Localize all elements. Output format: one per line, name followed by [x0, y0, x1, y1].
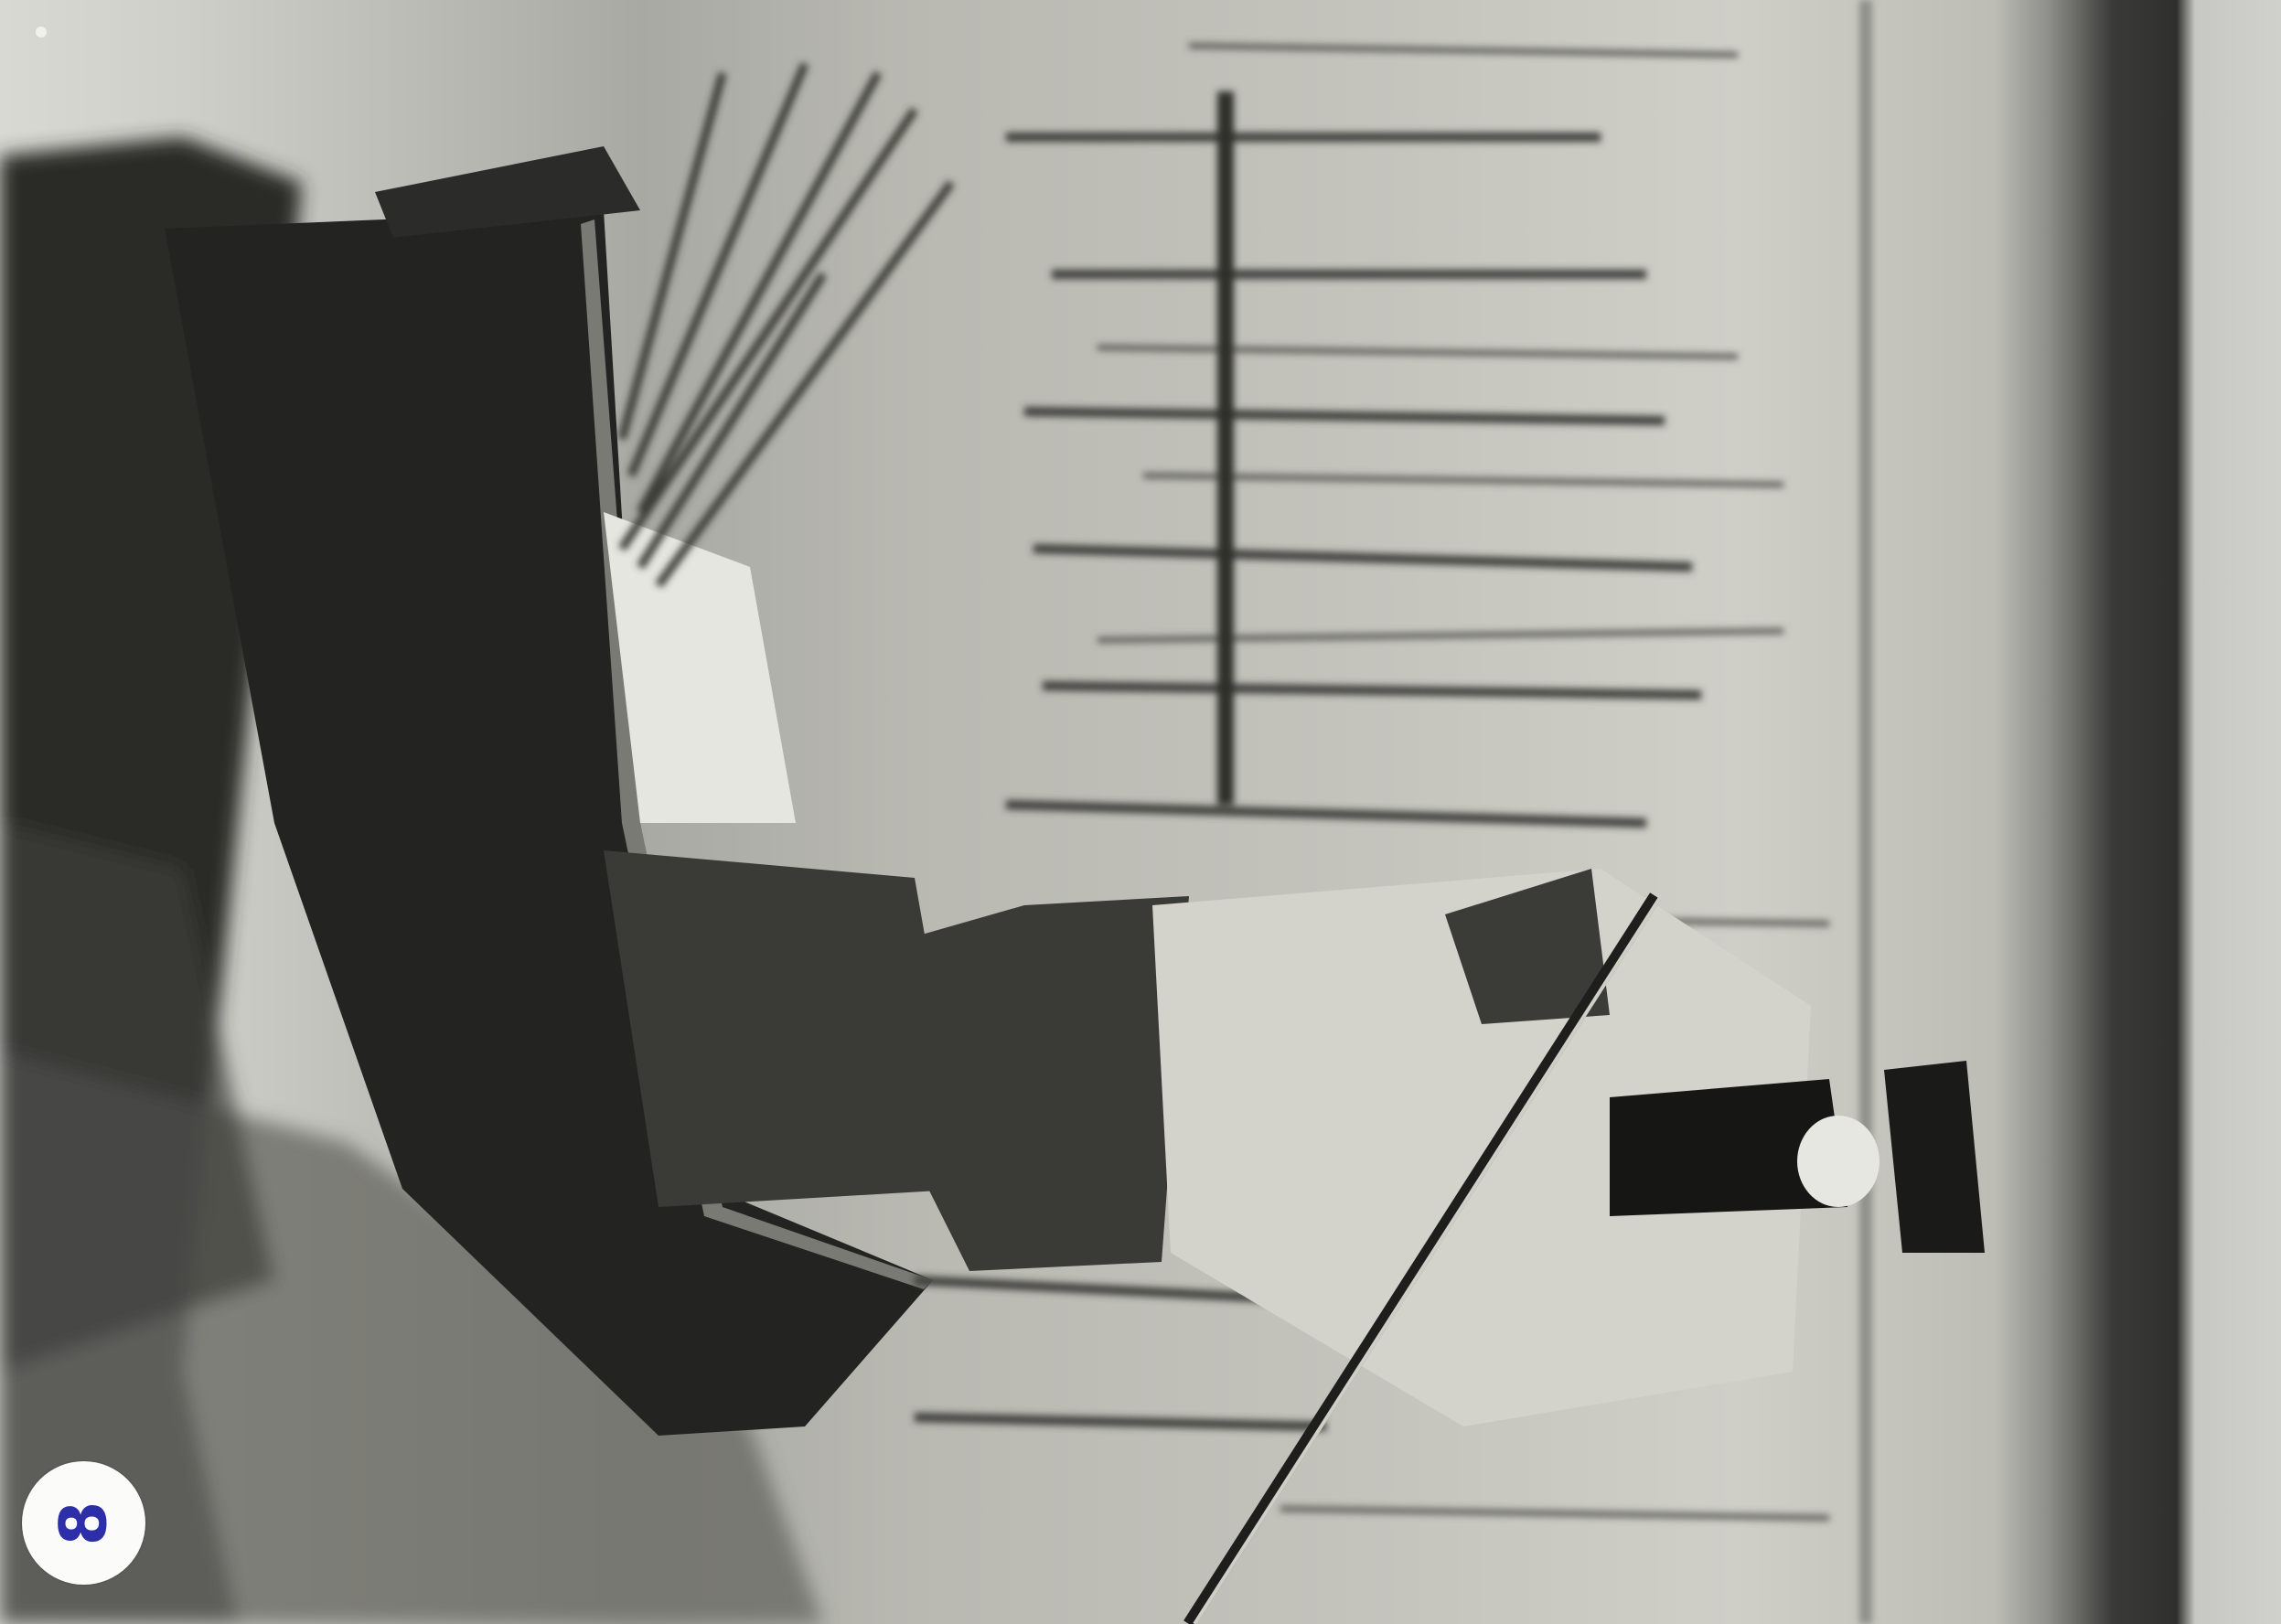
label-number: 8	[52, 1501, 116, 1545]
reed-bundle	[622, 64, 951, 585]
photo-scene	[0, 0, 2281, 1624]
dust-speck	[36, 27, 47, 37]
number-label: 8	[22, 1461, 145, 1585]
man	[896, 869, 1985, 1426]
photograph: 8	[0, 0, 2281, 1624]
